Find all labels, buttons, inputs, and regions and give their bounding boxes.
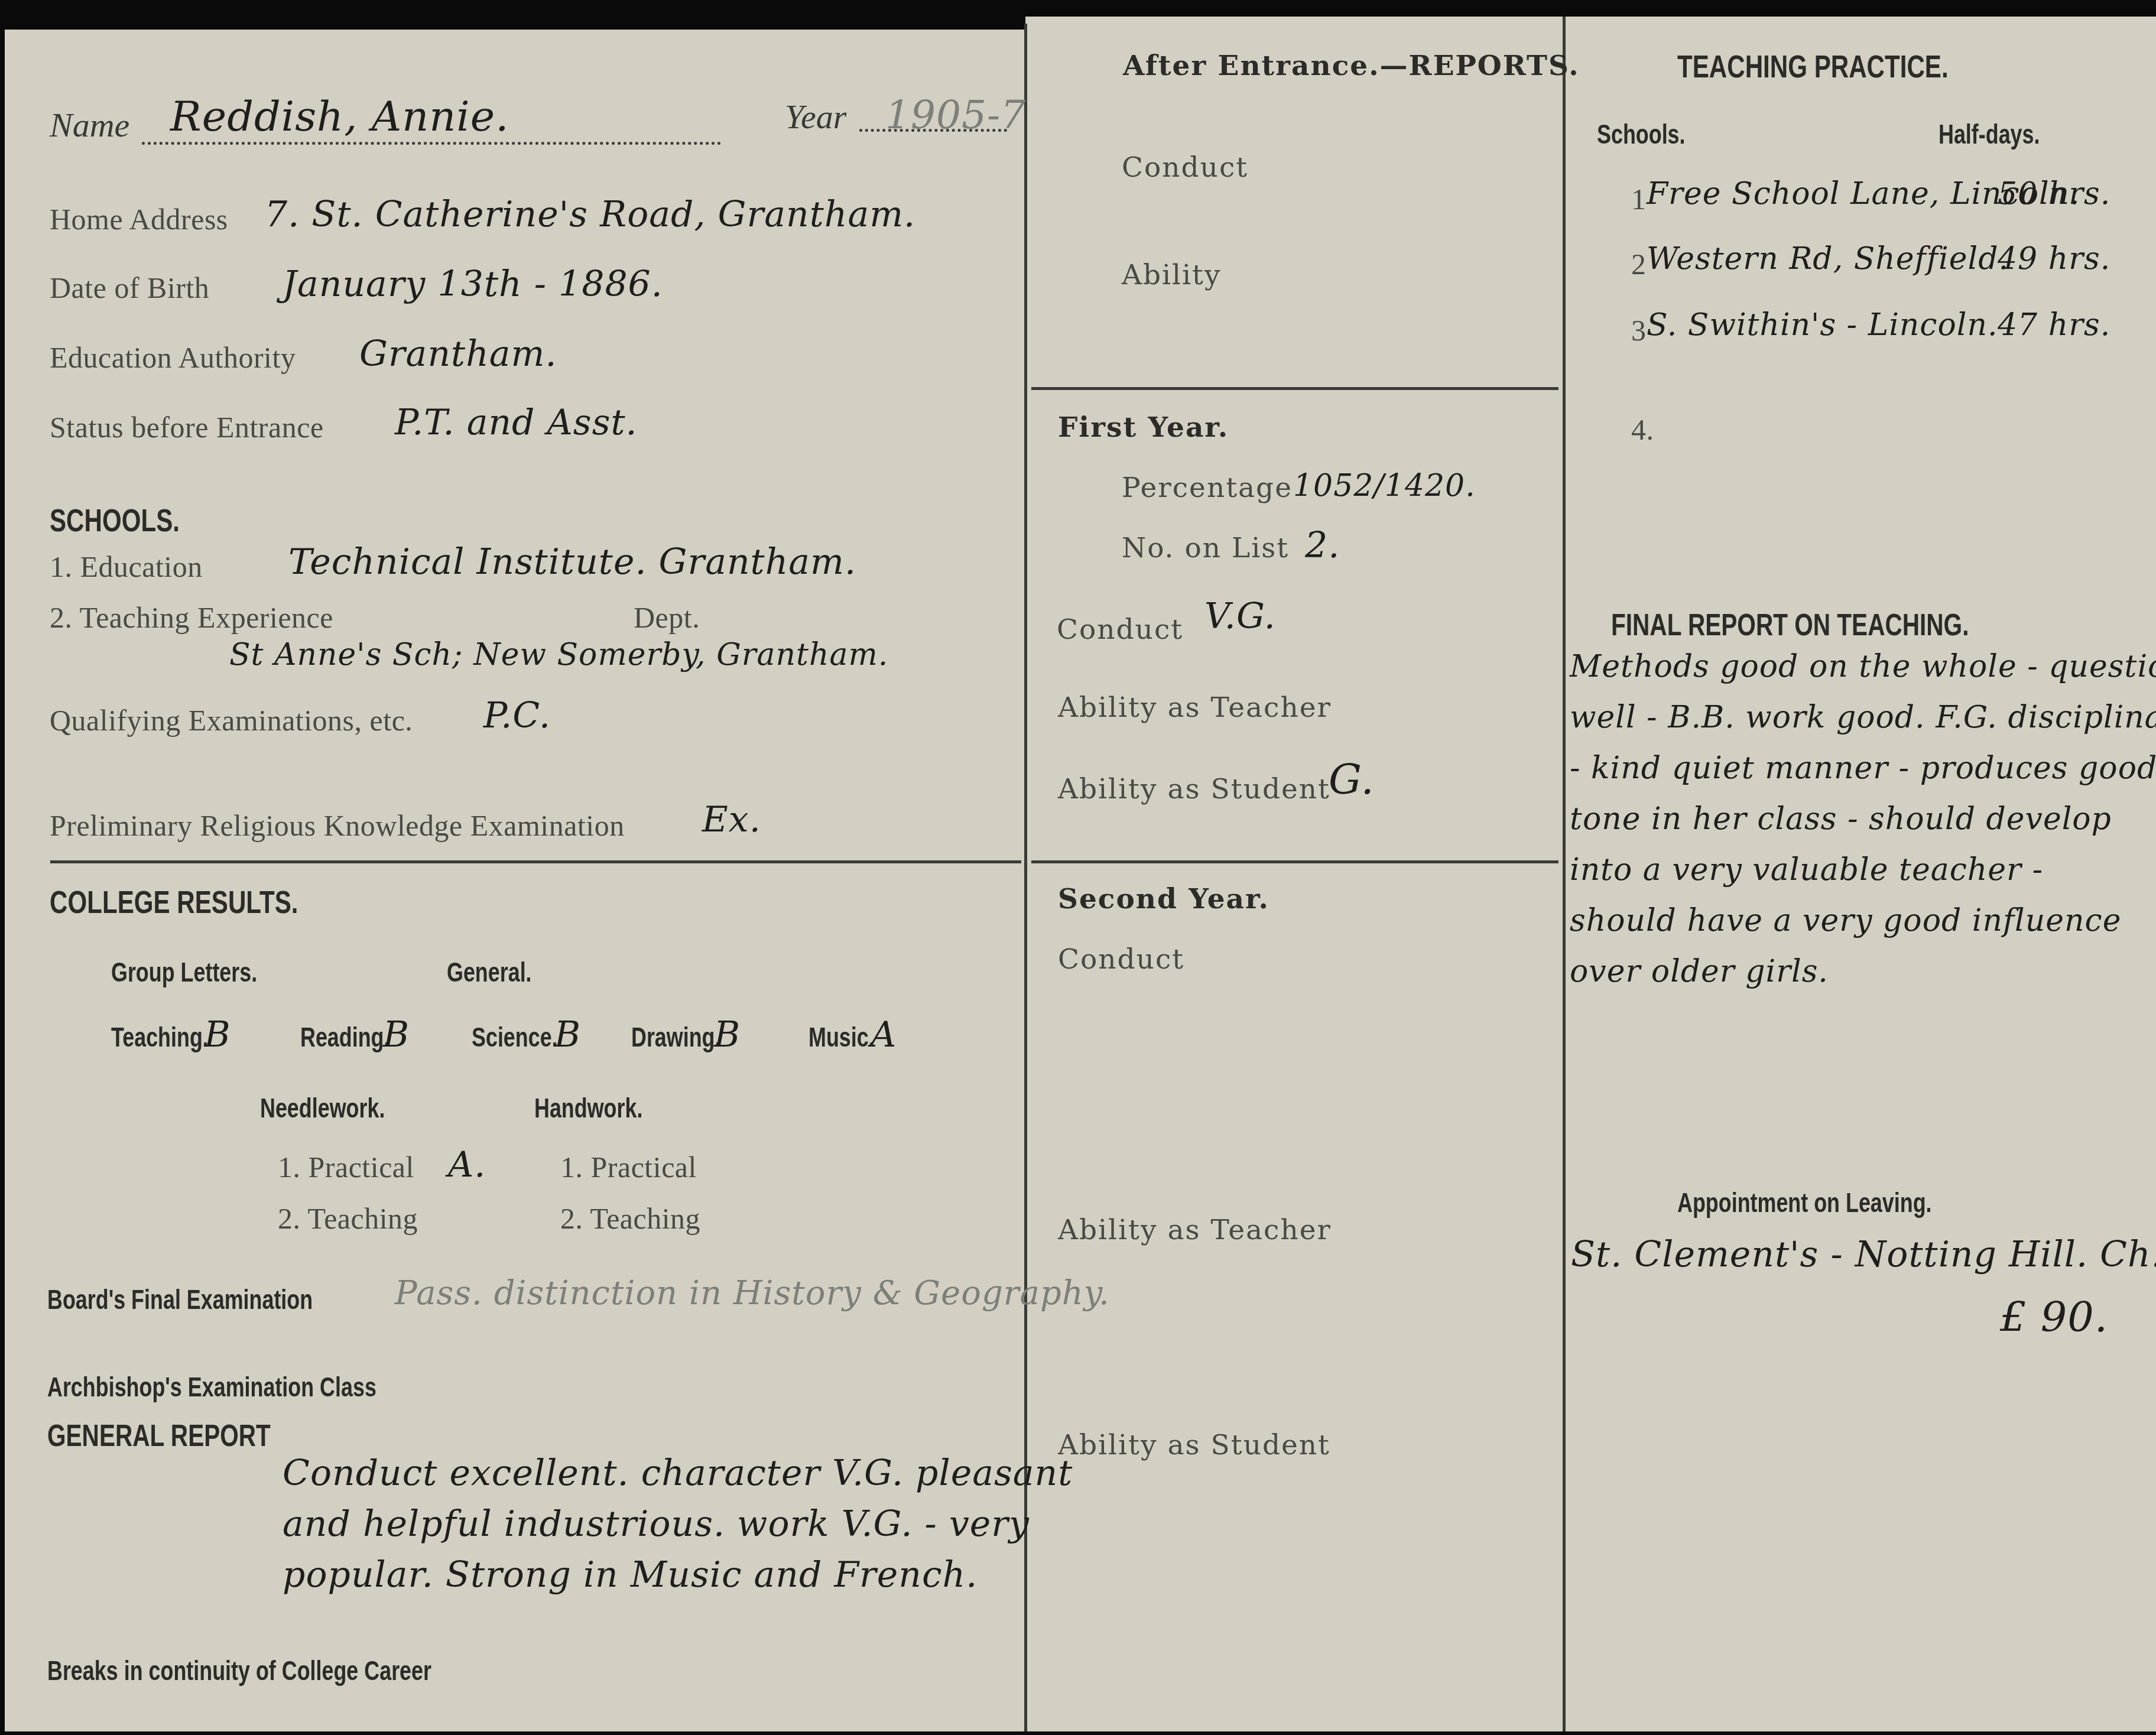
handwork-practical-label: 1. Practical — [560, 1150, 697, 1184]
second-year-teacher-label: Ability as Teacher — [1058, 1214, 1332, 1246]
middle-section-divider-1 — [1031, 387, 1558, 390]
name-label: Name — [50, 105, 129, 145]
year-label: Year — [785, 97, 846, 137]
religious-knowledge-value: Ex. — [702, 799, 761, 840]
appointment-heading: Appointment on Leaving. — [1677, 1187, 1932, 1219]
general-report-line: popular. Strong in Music and French. — [283, 1554, 1073, 1605]
left-section-divider — [50, 860, 1021, 863]
needlework-teaching-label: 2. Teaching — [278, 1201, 418, 1236]
student-record-card: Name Reddish, Annie. Year 1905-7 Home Ad… — [5, 17, 2156, 1731]
group-letters-label: Group Letters. — [111, 956, 257, 988]
tp-row-number: 2 — [1631, 247, 1647, 281]
subject-grade: A — [871, 1014, 897, 1055]
subject-label: Music. — [808, 1021, 875, 1053]
boards-exam-label: Board's Final Examination — [47, 1284, 313, 1315]
percentage-value: 1052/1420. — [1293, 468, 1476, 503]
general-label: General. — [447, 956, 532, 988]
schools-heading: SCHOOLS. — [50, 502, 180, 539]
needlework-practical-label: 1. Practical — [278, 1150, 414, 1184]
name-line — [142, 142, 721, 145]
tp-row-number: 1 — [1631, 182, 1647, 216]
first-year-student-value: G. — [1329, 755, 1375, 804]
handwork-label: Handwork. — [534, 1092, 642, 1124]
final-report-line: Methods good on the whole - questions — [1570, 649, 2156, 700]
teaching-practice-heading: TEACHING PRACTICE. — [1677, 48, 1949, 85]
final-report-line: over older girls. — [1570, 954, 2156, 1005]
status-value: P.T. and Asst. — [395, 402, 638, 443]
needlework-practical-grade: A. — [448, 1144, 486, 1185]
final-report-line: - kind quiet manner - produces good — [1570, 750, 2156, 801]
dob-value: January 13th - 1886. — [283, 264, 663, 305]
list-label: No. on List — [1122, 532, 1289, 564]
column-divider-2 — [1563, 17, 1566, 1731]
qualifying-label: Qualifying Examinations, etc. — [50, 703, 413, 737]
home-address-value: 7. St. Catherine's Road, Grantham. — [265, 194, 915, 235]
after-entrance-ability-label: Ability — [1122, 259, 1222, 291]
year-value: 1905-7 — [885, 92, 1026, 138]
breaks-label: Breaks in continuity of College Career — [47, 1655, 431, 1687]
education-label: 1. Education — [50, 550, 203, 584]
final-report-line: tone in her class - should develop — [1570, 801, 2156, 852]
boards-exam-value: Pass. distinction in History & Geography… — [395, 1274, 1110, 1312]
subject-grade: B — [204, 1014, 231, 1055]
home-address-label: Home Address — [50, 202, 228, 236]
second-year-heading: Second Year. — [1058, 883, 1269, 915]
teaching-experience-value: St Anne's Sch; New Somerby, Grantham. — [229, 637, 888, 672]
tp-row-halfdays: 50 hrs. — [1998, 176, 2110, 212]
final-report-text: Methods good on the whole - questionswel… — [1570, 649, 2156, 1005]
subject-label: Teaching. — [111, 1021, 209, 1053]
archbishop-exam-label: Archbishop's Examination Class — [47, 1371, 376, 1403]
second-year-conduct-label: Conduct — [1058, 943, 1184, 976]
dob-label: Date of Birth — [50, 271, 209, 305]
reports-heading: After Entrance.—REPORTS. — [1123, 50, 1580, 82]
qualifying-value: P.C. — [483, 695, 551, 736]
tp-row-school: Western Rd, Sheffield. — [1647, 241, 2009, 277]
dept-label: Dept. — [634, 600, 700, 635]
first-year-conduct-value: V.G. — [1204, 596, 1276, 637]
second-year-student-label: Ability as Student — [1058, 1429, 1330, 1461]
tp-row-halfdays: 47 hrs. — [1998, 307, 2110, 343]
final-report-line: should have a very good influence — [1570, 903, 2156, 954]
needlework-label: Needlework. — [260, 1092, 385, 1124]
tp-row-number: 4. — [1631, 412, 1654, 447]
tp-halfdays-label: Half-days. — [1939, 118, 2040, 150]
first-year-heading: First Year. — [1058, 411, 1229, 444]
percentage-label: Percentage — [1122, 472, 1293, 504]
handwork-teaching-label: 2. Teaching — [560, 1201, 700, 1236]
final-report-line: well - B.B. work good. F.G. disciplinari… — [1570, 700, 2156, 750]
general-report-line: Conduct excellent. character V.G. pleasa… — [283, 1453, 1073, 1503]
salary-value: £ 90. — [2000, 1293, 2108, 1341]
first-year-teacher-label: Ability as Teacher — [1058, 691, 1332, 724]
subject-grade: B — [714, 1014, 741, 1055]
first-year-conduct-label: Conduct — [1057, 613, 1183, 646]
middle-section-divider-2 — [1031, 860, 1558, 863]
tp-schools-label: Schools. — [1597, 118, 1686, 150]
subject-label: Reading. — [300, 1021, 390, 1053]
subject-grade: B — [554, 1014, 581, 1055]
general-report-text: Conduct excellent. character V.G. pleasa… — [283, 1453, 1073, 1605]
education-authority-label: Education Authority — [50, 340, 296, 375]
tp-row-halfdays: 49 hrs. — [1998, 241, 2110, 277]
education-authority-value: Grantham. — [359, 333, 557, 375]
teaching-experience-label: 2. Teaching Experience — [50, 600, 333, 635]
education-value: Technical Institute. Grantham. — [288, 541, 856, 583]
status-label: Status before Entrance — [50, 410, 324, 444]
subject-label: Drawing. — [631, 1021, 721, 1053]
college-results-heading: COLLEGE RESULTS. — [50, 884, 298, 921]
religious-knowledge-label: Preliminary Religious Knowledge Examinat… — [50, 808, 625, 843]
general-report-line: and helpful industrious. work V.G. - ver… — [283, 1503, 1073, 1554]
appointment-value: St. Clement's - Notting Hill. Ch. — [1571, 1234, 2156, 1275]
subject-label: Science. — [472, 1021, 558, 1053]
general-report-label: GENERAL REPORT — [47, 1418, 271, 1454]
first-year-student-label: Ability as Student — [1058, 773, 1330, 805]
final-report-heading: FINAL REPORT ON TEACHING. — [1611, 607, 1969, 643]
final-report-line: into a very valuable teacher - — [1570, 852, 2156, 903]
after-entrance-conduct-label: Conduct — [1122, 151, 1248, 184]
name-value: Reddish, Annie. — [170, 92, 509, 141]
tp-row-number: 3 — [1631, 313, 1647, 347]
tp-row-school: S. Swithin's - Lincoln. — [1647, 307, 1998, 343]
list-value: 2. — [1305, 525, 1340, 566]
subject-grade: B — [383, 1014, 410, 1055]
